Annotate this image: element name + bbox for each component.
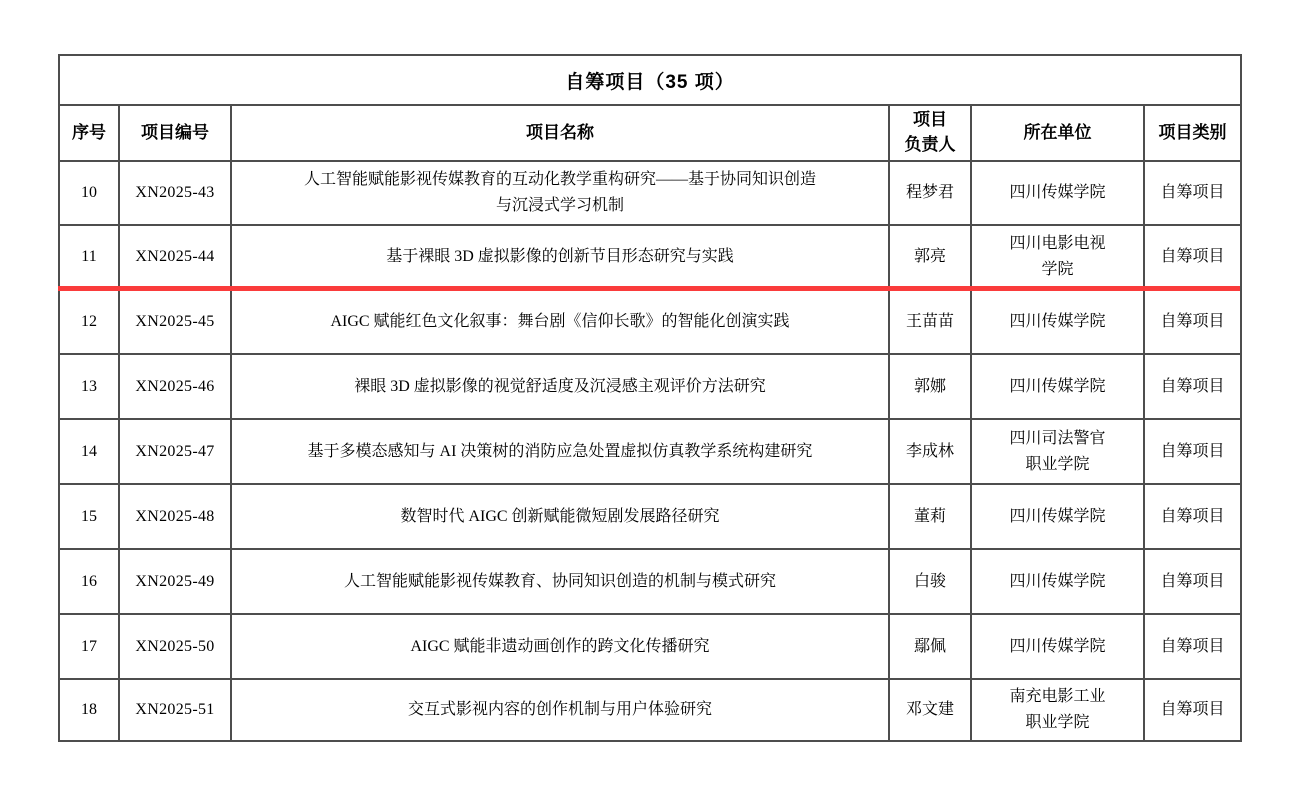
table-row: 15 XN2025-48 数智时代 AIGC 创新赋能微短剧发展路径研究 董莉 … [59, 484, 1241, 549]
cell-category: 自筹项目 [1144, 484, 1241, 549]
cell-name: 人工智能赋能影视传媒教育的互动化教学重构研究——基于协同知识创造 与沉浸式学习机… [231, 161, 889, 225]
cell-leader: 白骏 [889, 549, 971, 614]
cell-code: XN2025-44 [119, 225, 231, 289]
cell-unit: 四川传媒学院 [971, 289, 1144, 354]
cell-leader: 李成林 [889, 419, 971, 484]
cell-code: XN2025-43 [119, 161, 231, 225]
document-page: 自筹项目（35 项） 序号 项目编号 项目名称 项目 负责人 所在单位 项目类别… [0, 0, 1301, 794]
table-row: 13 XN2025-46 裸眼 3D 虚拟影像的视觉舒适度及沉浸感主观评价方法研… [59, 354, 1241, 419]
cell-unit: 四川传媒学院 [971, 484, 1144, 549]
table-row: 16 XN2025-49 人工智能赋能影视传媒教育、协同知识创造的机制与模式研究… [59, 549, 1241, 614]
cell-no: 14 [59, 419, 119, 484]
cell-unit: 四川传媒学院 [971, 549, 1144, 614]
col-header-category: 项目类别 [1144, 105, 1241, 161]
cell-name: 裸眼 3D 虚拟影像的视觉舒适度及沉浸感主观评价方法研究 [231, 354, 889, 419]
cell-code: XN2025-47 [119, 419, 231, 484]
col-header-unit: 所在单位 [971, 105, 1144, 161]
cell-no: 15 [59, 484, 119, 549]
cell-no: 12 [59, 289, 119, 354]
cell-code: XN2025-46 [119, 354, 231, 419]
cell-unit: 四川传媒学院 [971, 161, 1144, 225]
cell-no: 16 [59, 549, 119, 614]
cell-code: XN2025-49 [119, 549, 231, 614]
table-row: 14 XN2025-47 基于多模态感知与 AI 决策树的消防应急处置虚拟仿真教… [59, 419, 1241, 484]
cell-no: 17 [59, 614, 119, 679]
cell-leader: 王苗苗 [889, 289, 971, 354]
cell-category: 自筹项目 [1144, 354, 1241, 419]
cell-leader: 郭亮 [889, 225, 971, 289]
cell-category: 自筹项目 [1144, 289, 1241, 354]
cell-unit: 四川传媒学院 [971, 354, 1144, 419]
table-row: 12 XN2025-45 AIGC 赋能红色文化叙事：舞台剧《信仰长歌》的智能化… [59, 289, 1241, 354]
cell-leader: 郭娜 [889, 354, 971, 419]
table-row: 18 XN2025-51 交互式影视内容的创作机制与用户体验研究 邓文建 南充电… [59, 679, 1241, 741]
col-header-leader: 项目 负责人 [889, 105, 971, 161]
cell-unit: 四川司法警官 职业学院 [971, 419, 1144, 484]
cell-category: 自筹项目 [1144, 161, 1241, 225]
cell-code: XN2025-51 [119, 679, 231, 741]
cell-no: 11 [59, 225, 119, 289]
table-header-row: 序号 项目编号 项目名称 项目 负责人 所在单位 项目类别 [59, 105, 1241, 161]
cell-leader: 邓文建 [889, 679, 971, 741]
cell-no: 13 [59, 354, 119, 419]
cell-no: 10 [59, 161, 119, 225]
cell-category: 自筹项目 [1144, 225, 1241, 289]
cell-leader: 鄢佩 [889, 614, 971, 679]
cell-category: 自筹项目 [1144, 419, 1241, 484]
col-header-code: 项目编号 [119, 105, 231, 161]
table-title-row: 自筹项目（35 项） [59, 55, 1241, 105]
col-header-no: 序号 [59, 105, 119, 161]
cell-code: XN2025-50 [119, 614, 231, 679]
table-row: 11 XN2025-44 基于裸眼 3D 虚拟影像的创新节目形态研究与实践 郭亮… [59, 225, 1241, 289]
cell-unit: 南充电影工业 职业学院 [971, 679, 1144, 741]
col-header-name: 项目名称 [231, 105, 889, 161]
cell-name: 交互式影视内容的创作机制与用户体验研究 [231, 679, 889, 741]
cell-code: XN2025-48 [119, 484, 231, 549]
cell-name: AIGC 赋能非遗动画创作的跨文化传播研究 [231, 614, 889, 679]
cell-leader: 董莉 [889, 484, 971, 549]
cell-name: 基于多模态感知与 AI 决策树的消防应急处置虚拟仿真教学系统构建研究 [231, 419, 889, 484]
cell-unit: 四川传媒学院 [971, 614, 1144, 679]
cell-name: AIGC 赋能红色文化叙事：舞台剧《信仰长歌》的智能化创演实践 [231, 289, 889, 354]
table-title: 自筹项目（35 项） [59, 55, 1241, 105]
cell-category: 自筹项目 [1144, 549, 1241, 614]
cell-no: 18 [59, 679, 119, 741]
table-row: 10 XN2025-43 人工智能赋能影视传媒教育的互动化教学重构研究——基于协… [59, 161, 1241, 225]
highlight-line [58, 286, 1240, 291]
cell-category: 自筹项目 [1144, 679, 1241, 741]
projects-table: 自筹项目（35 项） 序号 项目编号 项目名称 项目 负责人 所在单位 项目类别… [58, 54, 1242, 742]
cell-name: 数智时代 AIGC 创新赋能微短剧发展路径研究 [231, 484, 889, 549]
cell-leader: 程梦君 [889, 161, 971, 225]
table-row: 17 XN2025-50 AIGC 赋能非遗动画创作的跨文化传播研究 鄢佩 四川… [59, 614, 1241, 679]
cell-name: 基于裸眼 3D 虚拟影像的创新节目形态研究与实践 [231, 225, 889, 289]
cell-name: 人工智能赋能影视传媒教育、协同知识创造的机制与模式研究 [231, 549, 889, 614]
cell-code: XN2025-45 [119, 289, 231, 354]
cell-category: 自筹项目 [1144, 614, 1241, 679]
cell-unit: 四川电影电视 学院 [971, 225, 1144, 289]
